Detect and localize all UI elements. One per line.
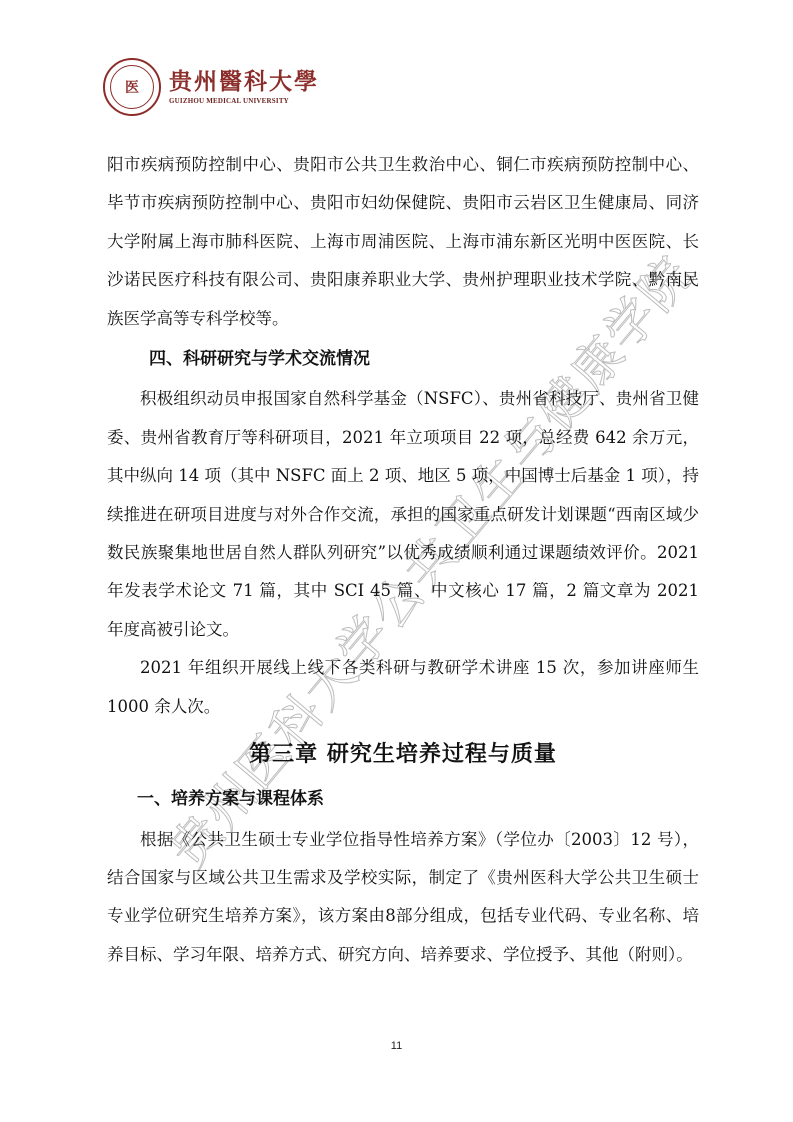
section-heading-curriculum: 一、培养方案与课程体系 <box>107 780 699 818</box>
university-name-en: GUIZHOU MEDICAL UNIVERSITY <box>169 97 319 105</box>
curriculum-paragraph: 根据《公共卫生硕士专业学位指导性培养方案》（学位办〔2003〕12 号），结合国… <box>107 821 699 975</box>
university-name: 贵州醫科大學 GUIZHOU MEDICAL UNIVERSITY <box>169 69 319 105</box>
seal-text: 医 <box>125 77 139 97</box>
chapter-title: 第三章 研究生培养过程与质量 <box>107 728 699 780</box>
university-logo: 医 贵州醫科大學 GUIZHOU MEDICAL UNIVERSITY <box>103 58 319 116</box>
university-name-cn: 贵州醫科大學 <box>169 69 319 95</box>
intro-paragraph: 阳市疾病预防控制中心、贵阳市公共卫生救治中心、铜仁市疾病预防控制中心、毕节市疾病… <box>107 146 699 338</box>
university-seal-icon: 医 <box>103 58 161 116</box>
research-paragraph-2: 2021 年组织开展线上线下各类科研与教研学术讲座 15 次，参加讲座师生 10… <box>107 649 699 726</box>
page-number: 11 <box>0 1040 793 1052</box>
research-paragraph-1: 积极组织动员申报国家自然科学基金（NSFC）、贵州省科技厅、贵州省卫健委、贵州省… <box>107 380 699 649</box>
page-body: 阳市疾病预防控制中心、贵阳市公共卫生救治中心、铜仁市疾病预防控制中心、毕节市疾病… <box>107 146 699 974</box>
section-heading-research: 四、科研研究与学术交流情况 <box>107 340 699 378</box>
